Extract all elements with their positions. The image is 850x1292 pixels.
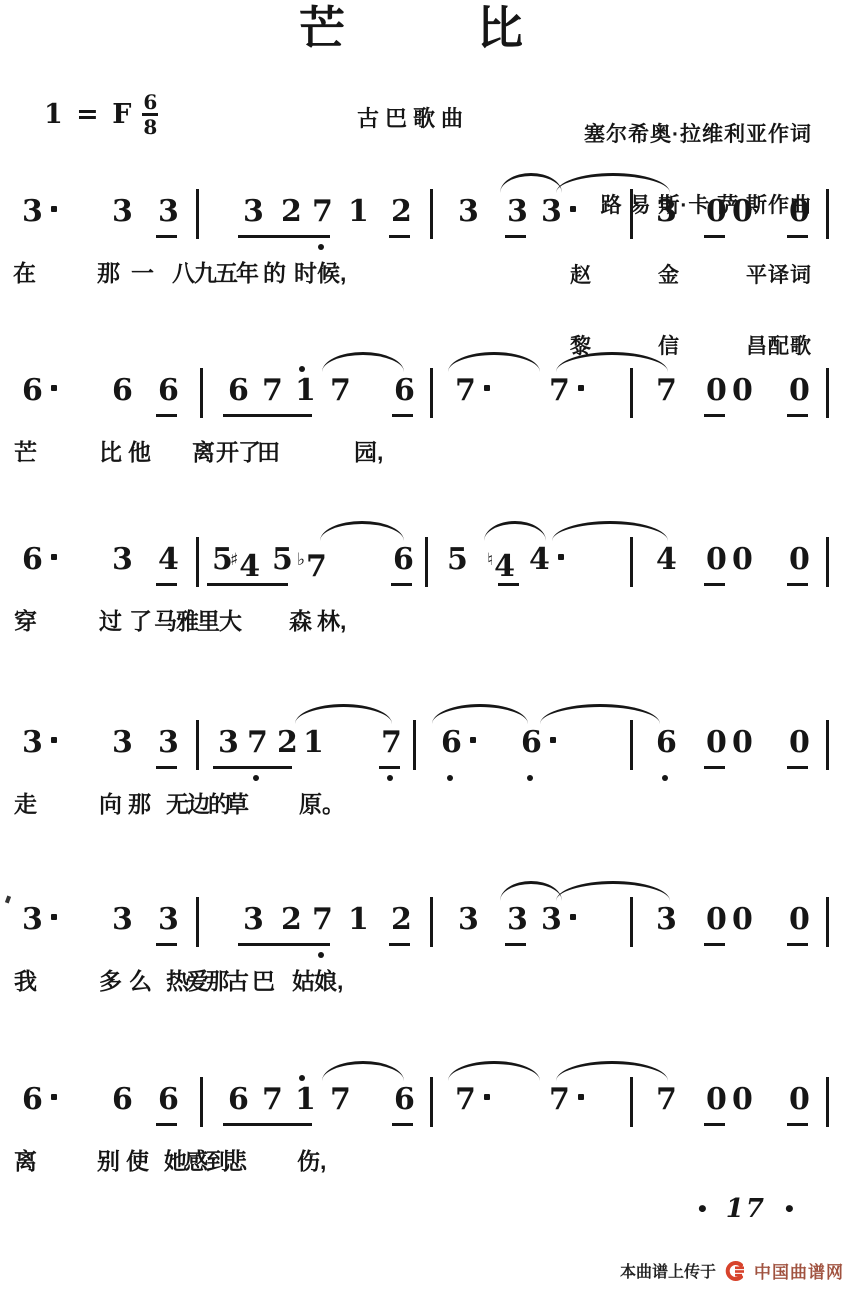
accidental-#: ♯ [230, 550, 238, 570]
lyric-char: 芒 [14, 434, 37, 467]
high-octave-dot [299, 366, 305, 372]
lyric-char: 边 [187, 786, 210, 819]
note-number: ♯4 [230, 545, 260, 582]
note-number: 4 [529, 545, 564, 575]
eighth-underline [389, 235, 410, 238]
eighth-underline [704, 583, 725, 586]
low-octave-dot [318, 244, 324, 250]
note-number: 0 [706, 905, 727, 935]
barline [430, 897, 433, 947]
site-brand-name: 中国曲谱网 [754, 1258, 844, 1283]
note-number: 6 [656, 728, 677, 758]
eighth-underline [389, 943, 410, 946]
note-number: 6 [158, 376, 179, 406]
duration-dot [484, 385, 490, 391]
note-number: 6 [22, 545, 57, 575]
note-number: 6 [394, 376, 415, 406]
lyric-char: 么 [129, 963, 152, 996]
note-number: 1 [303, 728, 324, 758]
lyric-char: 八 [172, 255, 195, 288]
page-number-value: 17 [726, 1194, 766, 1224]
note-number: 0 [732, 905, 753, 935]
lyric-char: 我 [14, 963, 37, 996]
note-number: 2 [277, 728, 298, 758]
note-number: 0 [789, 905, 810, 935]
duration-dot [51, 914, 57, 920]
note-number: 7 [455, 1085, 490, 1115]
note-number: 3 [243, 197, 264, 227]
slur-arc [552, 521, 668, 541]
note-number: 0 [789, 376, 810, 406]
note-number: 3 [158, 905, 179, 935]
note-number: 6 [22, 1085, 57, 1115]
note-number: 3 [458, 905, 479, 935]
slur-arc [556, 173, 670, 193]
low-octave-dot [318, 952, 324, 958]
barline [630, 720, 633, 770]
barline [826, 368, 829, 418]
barline [826, 189, 829, 239]
note-number: 7 [312, 905, 333, 935]
note-number: 5 [272, 545, 293, 575]
slur-arc [484, 521, 546, 541]
note-number: 2 [281, 905, 302, 935]
note-number: 7 [381, 728, 402, 758]
note-number: 0 [706, 1085, 727, 1115]
eighth-beam [238, 235, 330, 238]
lyric-char: 古 [226, 963, 249, 996]
duration-dot [570, 914, 576, 920]
note-number: 6 [158, 1085, 179, 1115]
note-number: 6 [228, 1085, 249, 1115]
note-number: 6 [228, 376, 249, 406]
eighth-beam [238, 943, 330, 946]
note-number: 0 [789, 545, 810, 575]
barline [430, 189, 433, 239]
low-octave-dot [253, 775, 259, 781]
duration-dot [470, 737, 476, 743]
barline [196, 189, 199, 239]
note-number: 2 [391, 197, 412, 227]
barline [630, 189, 633, 239]
lyric-char: 离 [192, 434, 215, 467]
eighth-underline [787, 414, 808, 417]
lyric-char: 了 [129, 603, 152, 636]
eighth-beam [213, 766, 292, 769]
note-number: 6 [112, 376, 133, 406]
slur-arc [320, 521, 404, 541]
eighth-underline [498, 583, 519, 586]
duration-dot [51, 385, 57, 391]
barline [425, 537, 428, 587]
lyric-char: 无 [166, 786, 189, 819]
lyric-char: 里 [197, 603, 220, 636]
eighth-beam [223, 414, 312, 417]
low-octave-dot [662, 775, 668, 781]
eighth-underline [392, 1123, 413, 1126]
page-number: • 17 • [696, 1194, 796, 1224]
barline [196, 720, 199, 770]
eighth-beam [223, 1123, 312, 1126]
slur-arc [556, 352, 668, 372]
music-line: 66667176777000芒比他离开了田园, [0, 376, 850, 476]
eighth-underline [392, 414, 413, 417]
lyric-char: 过 [99, 603, 122, 636]
slur-arc [556, 881, 670, 901]
barline [826, 897, 829, 947]
barline [630, 368, 633, 418]
duration-dot [550, 737, 556, 743]
music-score: 333327123333000在那一八九五年的时候,66667176777000… [0, 0, 850, 1292]
barline [826, 1077, 829, 1127]
eighth-underline [704, 414, 725, 417]
lyric-char: 九 [194, 255, 217, 288]
barline [826, 537, 829, 587]
barline [200, 368, 203, 418]
lyric-char: 她 [164, 1143, 187, 1176]
lyric-char: 园, [354, 434, 383, 467]
lyric-char: 感 [185, 1143, 208, 1176]
slur-arc [540, 704, 660, 724]
note-number: 0 [706, 376, 727, 406]
eighth-underline [704, 766, 725, 769]
barline [430, 1077, 433, 1127]
lyric-char: 开 [216, 434, 239, 467]
note-number: 3 [507, 905, 528, 935]
lyric-char: 他 [128, 434, 151, 467]
lyric-char: 巴 [252, 963, 275, 996]
slur-arc [556, 1061, 668, 1081]
eighth-underline [787, 943, 808, 946]
barline [826, 720, 829, 770]
music-line: 33337217666000走向那无边的草原。 [0, 728, 850, 828]
lyric-char: 林, [317, 603, 346, 636]
note-number: 0 [789, 1085, 810, 1115]
music-line: 333327123333000我多么热爱那古巴姑娘, [0, 905, 850, 1005]
lyric-char: 候, [317, 255, 346, 288]
duration-dot [558, 554, 564, 560]
note-number: 1 [295, 376, 316, 406]
note-number: 3 [22, 197, 57, 227]
barline [413, 720, 416, 770]
note-number: 7 [262, 376, 283, 406]
lyric-char: 悲 [224, 1143, 247, 1176]
eighth-underline [156, 1123, 177, 1126]
duration-dot [51, 737, 57, 743]
eighth-underline [704, 235, 725, 238]
lyric-char: 在 [13, 255, 36, 288]
lyric-char: 五 [215, 255, 238, 288]
duration-dot [578, 385, 584, 391]
lyric-char: 走 [14, 786, 37, 819]
note-number: 6 [393, 545, 414, 575]
note-number: 2 [391, 905, 412, 935]
note-number: 7 [455, 376, 490, 406]
note-number: 3 [218, 728, 239, 758]
note-number: 3 [656, 197, 677, 227]
note-number: 0 [732, 545, 753, 575]
note-number: 3 [22, 728, 57, 758]
note-number: 6 [394, 1085, 415, 1115]
note-number: 1 [348, 197, 369, 227]
note-number: 0 [732, 197, 753, 227]
duration-dot [484, 1094, 490, 1100]
lyric-char: 森 [289, 603, 312, 636]
barline [196, 897, 199, 947]
note-number: 0 [706, 728, 727, 758]
note-number: 0 [706, 545, 727, 575]
eighth-underline [156, 235, 177, 238]
eighth-underline [379, 766, 400, 769]
note-number: 5 [447, 545, 468, 575]
lyric-char: 姑 [292, 963, 315, 996]
eighth-underline [156, 766, 177, 769]
lyric-char: 别 [97, 1143, 120, 1176]
duration-dot [51, 206, 57, 212]
barline [200, 1077, 203, 1127]
eighth-underline [787, 1123, 808, 1126]
music-line: 333327123333000在那一八九五年的时候, [0, 197, 850, 297]
music-line: 6345♯45♭765♮444000穿过了马雅里大森林, [0, 545, 850, 645]
lyric-char: 使 [126, 1143, 149, 1176]
slur-arc [322, 352, 404, 372]
lyric-char: 大 [219, 603, 242, 636]
lyric-char: 那 [97, 255, 120, 288]
eighth-underline [156, 943, 177, 946]
lyric-char: 时 [294, 255, 317, 288]
note-number: 3 [22, 905, 57, 935]
note-number: 0 [706, 197, 727, 227]
slur-arc [448, 1061, 540, 1081]
lyric-char: 多 [99, 963, 122, 996]
lyric-char: 比 [99, 434, 122, 467]
site-logo-icon [724, 1260, 746, 1282]
eighth-underline [704, 1123, 725, 1126]
barline [196, 537, 199, 587]
lyric-char: 离 [14, 1143, 37, 1176]
note-number: 3 [112, 728, 133, 758]
duration-dot [51, 1094, 57, 1100]
note-number: 3 [507, 197, 528, 227]
barline [630, 897, 633, 947]
lyric-char: 那 [128, 786, 151, 819]
note-number: ♭7 [297, 545, 327, 582]
high-octave-dot [299, 1075, 305, 1081]
eighth-underline [787, 583, 808, 586]
note-number: 7 [330, 1085, 351, 1115]
note-number: 6 [22, 376, 57, 406]
note-number: 7 [247, 728, 268, 758]
note-number: 0 [789, 197, 810, 227]
slur-arc [500, 173, 562, 193]
slur-arc [448, 352, 540, 372]
eighth-underline [787, 766, 808, 769]
note-number: 3 [112, 545, 133, 575]
note-number: 3 [458, 197, 479, 227]
note-number: 0 [732, 728, 753, 758]
slur-arc [295, 704, 392, 724]
barline [630, 1077, 633, 1127]
note-number: 3 [541, 197, 576, 227]
lyric-char: 原。 [299, 786, 345, 819]
note-number: 3 [243, 905, 264, 935]
note-number: 7 [262, 1085, 283, 1115]
lyric-char: 马 [154, 603, 177, 636]
accidental-n: ♮ [487, 550, 493, 570]
lyric-char: 的 [263, 255, 286, 288]
lyric-char: 年 [236, 255, 259, 288]
note-number: 7 [312, 197, 333, 227]
upload-note: 本曲谱上传于 [620, 1259, 716, 1282]
lyric-char: 草 [226, 786, 249, 819]
note-number: 1 [295, 1085, 316, 1115]
note-number: 1 [348, 905, 369, 935]
low-octave-dot [447, 775, 453, 781]
slur-arc [322, 1061, 404, 1081]
lyric-char: 伤, [297, 1143, 326, 1176]
note-number: 0 [789, 728, 810, 758]
note-number: 3 [112, 905, 133, 935]
duration-dot [578, 1094, 584, 1100]
lyric-char: 田 [257, 434, 280, 467]
site-watermark: 本曲谱上传于 中国曲谱网 [620, 1258, 844, 1283]
eighth-underline [787, 235, 808, 238]
lyric-char: 娘, [314, 963, 343, 996]
low-octave-dot [387, 775, 393, 781]
note-number: 6 [521, 728, 556, 758]
note-number: 6 [441, 728, 476, 758]
eighth-underline [505, 235, 526, 238]
lyric-char: 向 [99, 786, 122, 819]
note-number: 3 [656, 905, 677, 935]
lyric-char: 穿 [14, 603, 37, 636]
note-number: 0 [732, 376, 753, 406]
note-number: 4 [158, 545, 179, 575]
eighth-underline [156, 583, 177, 586]
eighth-underline [704, 943, 725, 946]
lyric-char: 雅 [176, 603, 199, 636]
note-number: 7 [549, 1085, 584, 1115]
music-line: 66667176777000离别使她感到悲伤, [0, 1085, 850, 1185]
lyric-char: 一 [131, 255, 154, 288]
note-number: 7 [549, 376, 584, 406]
eighth-underline [391, 583, 412, 586]
duration-dot [51, 554, 57, 560]
page-number-right-dot: • [783, 1199, 796, 1219]
note-number: 7 [656, 376, 677, 406]
note-number: 3 [541, 905, 576, 935]
accidental-b: ♭ [297, 550, 305, 570]
slur-arc [432, 704, 528, 724]
slur-arc [500, 881, 562, 901]
note-number: ♮4 [487, 545, 515, 582]
note-number: 7 [330, 376, 351, 406]
barline [430, 368, 433, 418]
note-number: 4 [656, 545, 677, 575]
note-number: 2 [281, 197, 302, 227]
eighth-underline [156, 414, 177, 417]
barline [630, 537, 633, 587]
note-number: 3 [158, 197, 179, 227]
note-number: 0 [732, 1085, 753, 1115]
low-octave-dot [527, 775, 533, 781]
note-number: 6 [112, 1085, 133, 1115]
page-number-left-dot: • [696, 1199, 709, 1219]
note-number: 3 [158, 728, 179, 758]
note-number: 3 [112, 197, 133, 227]
duration-dot [570, 206, 576, 212]
eighth-underline [505, 943, 526, 946]
note-number: 7 [656, 1085, 677, 1115]
